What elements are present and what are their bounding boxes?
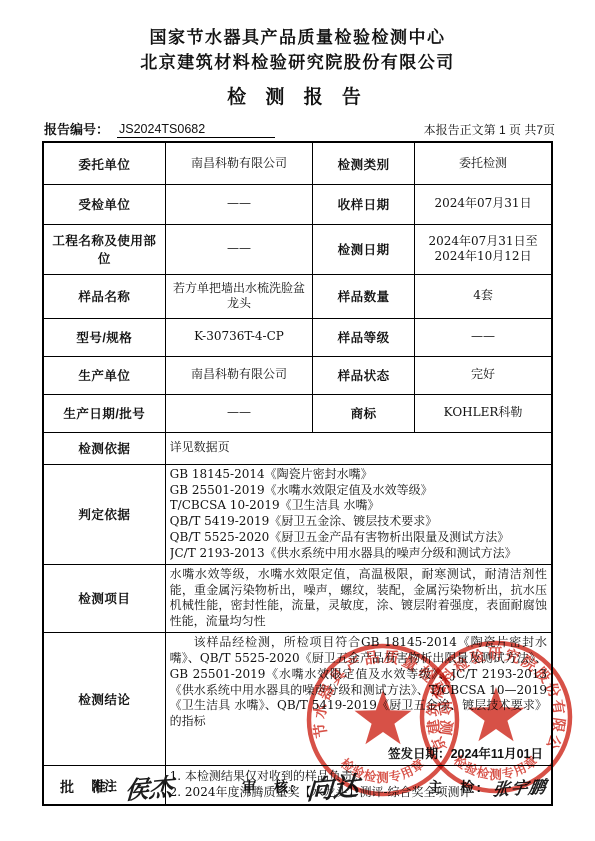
row-label: 样品数量 xyxy=(313,274,415,318)
standard-line: GB 25501-2019《水嘴水效限定值及水效等级》 xyxy=(170,483,547,499)
row-label: 样品状态 xyxy=(313,356,415,394)
table-row: 型号/规格 K-30736T-4-CP 样品等级 —— xyxy=(43,318,552,356)
standard-line: QB/T 5419-2019《厨卫五金涂、镀层技术要求》 xyxy=(170,514,547,530)
row-value: 2024年07月31日 xyxy=(415,184,552,224)
table-row: 样品名称 若方单把墙出水梳洗脸盆龙头 样品数量 4套 xyxy=(43,274,552,318)
chief-label: 主 检: xyxy=(428,777,483,797)
issue-date-value: 2024年11月01日 xyxy=(451,747,543,761)
basis-value: 详见数据页 xyxy=(165,432,552,464)
company-name: 北京建筑材料检验研究院股份有限公司 xyxy=(0,51,595,76)
report-no-label: 报告编号： xyxy=(44,119,109,138)
items-value: 水嘴水效等级，水嘴水效限定值，高温极限，耐寒测试，耐清洁剂性能，重金属污染物析出… xyxy=(165,564,552,632)
row-value: 完好 xyxy=(415,356,552,394)
row-label: 收样日期 xyxy=(313,184,415,224)
row-label: 检测类别 xyxy=(313,142,415,184)
judgement-label: 判定依据 xyxy=(43,464,165,564)
report-title: 检 测 报 告 xyxy=(0,82,595,109)
row-value: K-30736T-4-CP xyxy=(165,318,313,356)
table-row: 生产单位 南昌科勒有限公司 样品状态 完好 xyxy=(43,356,552,394)
chief-signature: 张宇鹏 xyxy=(491,772,549,800)
table-row-judgement: 判定依据 GB 18145-2014《陶瓷片密封水嘴》 GB 25501-201… xyxy=(43,464,552,564)
row-label: 样品等级 xyxy=(313,318,415,356)
row-value: —— xyxy=(165,184,313,224)
conclusion-text: 该样品经检测，所检项目符合GB 18145-2014《陶瓷片密封水嘴》、QB/T… xyxy=(170,635,547,730)
page-info: 本报告正文第 1 页 共7页 xyxy=(424,121,555,138)
review-label: 审 核: xyxy=(242,777,297,797)
report-header: 国家节水器具产品质量检验检测中心 北京建筑材料检验研究院股份有限公司 检 测 报… xyxy=(0,0,595,109)
report-no-value: JS2024TS0682 xyxy=(117,122,275,138)
report-number-line: 报告编号： JS2024TS0682 本报告正文第 1 页 共7页 xyxy=(44,119,555,138)
conclusion-label: 检测结论 xyxy=(43,633,165,765)
items-label: 检测项目 xyxy=(43,564,165,632)
row-value: 4套 xyxy=(415,274,552,318)
row-value: 若方单把墙出水梳洗脸盆龙头 xyxy=(165,274,313,318)
table-row-conclusion: 检测结论 该样品经检测，所检项目符合GB 18145-2014《陶瓷片密封水嘴》… xyxy=(43,633,552,765)
row-value: 2024年07月31日至2024年10月12日 xyxy=(415,224,552,274)
row-value: KOHLER科勒 xyxy=(415,394,552,432)
report-page: 国家节水器具产品质量检验检测中心 北京建筑材料检验研究院股份有限公司 检 测 报… xyxy=(0,0,595,841)
row-label: 受检单位 xyxy=(43,184,165,224)
row-label: 工程名称及使用部位 xyxy=(43,224,165,274)
standard-line: QB/T 5525-2020《厨卫五金产品有害物析出限量及测试方法》 xyxy=(170,530,547,546)
signature-row: 批 准: 侯杰 审 核: 向达 主 检: 张宇鹏 xyxy=(0,768,595,805)
table-row: 受检单位 —— 收样日期 2024年07月31日 xyxy=(43,184,552,224)
issue-date-line: 签发日期：2024年11月01日 xyxy=(170,746,547,763)
table-row: 生产日期/批号 —— 商标 KOHLER科勒 xyxy=(43,394,552,432)
row-value: 南昌科勒有限公司 xyxy=(165,356,313,394)
issue-date-label: 签发日期： xyxy=(388,747,451,761)
row-value: 南昌科勒有限公司 xyxy=(165,142,313,184)
row-label: 检测日期 xyxy=(313,224,415,274)
row-label: 生产日期/批号 xyxy=(43,394,165,432)
chief-group: 主 检: 张宇鹏 xyxy=(428,774,547,799)
basis-label: 检测依据 xyxy=(43,432,165,464)
table-row: 委托单位 南昌科勒有限公司 检测类别 委托检测 xyxy=(43,142,552,184)
approve-label: 批 准: xyxy=(60,777,115,797)
review-group: 审 核: 向达 xyxy=(242,768,359,805)
row-label: 生产单位 xyxy=(43,356,165,394)
center-name: 国家节水器具产品质量检验检测中心 xyxy=(0,26,595,51)
report-table: 委托单位 南昌科勒有限公司 检测类别 委托检测 受检单位 —— 收样日期 202… xyxy=(42,141,553,806)
row-value: —— xyxy=(415,318,552,356)
table-row-basis: 检测依据 详见数据页 xyxy=(43,432,552,464)
standard-line: JC/T 2193-2013《供水系统中用水器具的噪声分级和测试方法》 xyxy=(170,546,547,562)
judgement-value: GB 18145-2014《陶瓷片密封水嘴》 GB 25501-2019《水嘴水… xyxy=(165,464,552,564)
table-row-items: 检测项目 水嘴水效等级，水嘴水效限定值，高温极限，耐寒测试，耐清洁剂性能，重金属… xyxy=(43,564,552,632)
review-signature: 向达 xyxy=(306,766,360,808)
approve-group: 批 准: 侯杰 xyxy=(60,769,173,804)
row-value: —— xyxy=(165,394,313,432)
row-value: —— xyxy=(165,224,313,274)
row-label: 委托单位 xyxy=(43,142,165,184)
row-label: 样品名称 xyxy=(43,274,165,318)
approve-signature: 侯杰 xyxy=(124,767,174,806)
row-label: 商标 xyxy=(313,394,415,432)
row-label: 型号/规格 xyxy=(43,318,165,356)
standard-line: T/CBCSA 10-2019《卫生洁具 水嘴》 xyxy=(170,498,547,514)
row-value: 委托检测 xyxy=(415,142,552,184)
conclusion-cell: 该样品经检测，所检项目符合GB 18145-2014《陶瓷片密封水嘴》、QB/T… xyxy=(165,633,552,765)
table-row: 工程名称及使用部位 —— 检测日期 2024年07月31日至2024年10月12… xyxy=(43,224,552,274)
standard-line: GB 18145-2014《陶瓷片密封水嘴》 xyxy=(170,467,547,483)
